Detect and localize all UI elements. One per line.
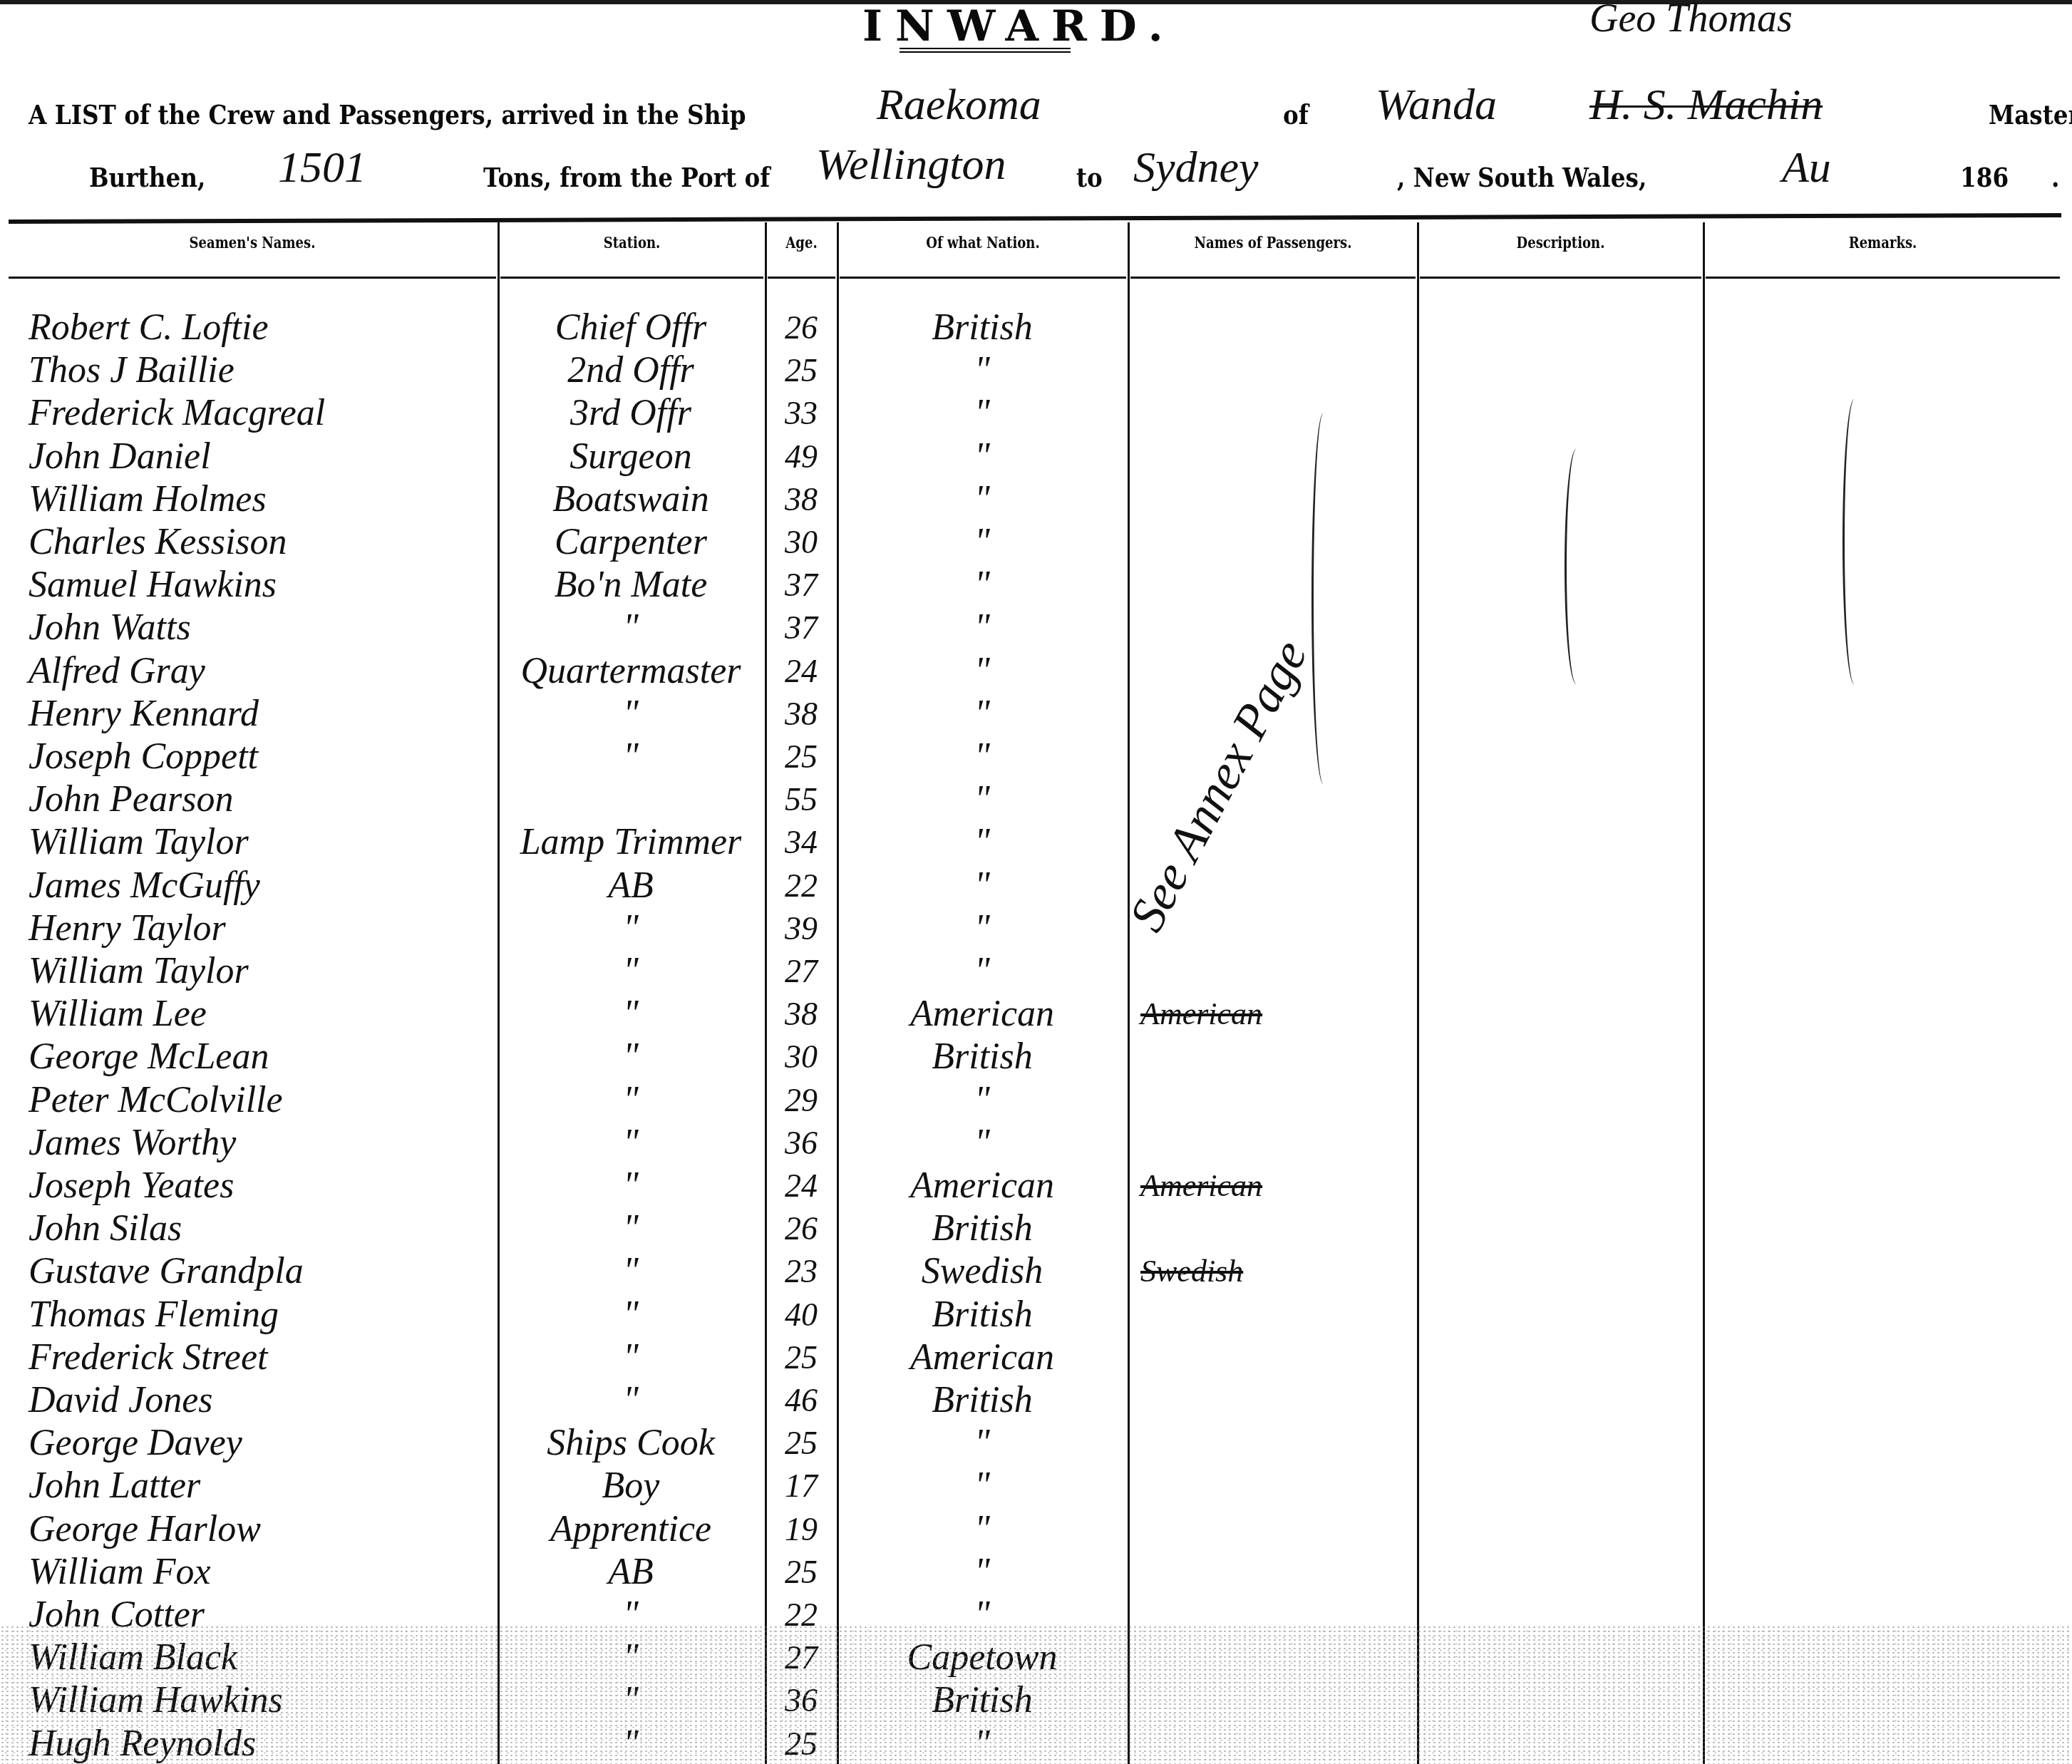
page-wear-texture	[0, 1625, 2072, 1764]
nation-cell: American	[840, 1336, 1125, 1379]
nation-cell: "	[840, 1422, 1125, 1465]
heading-list-prefix: A LIST of the Crew and Passengers, arriv…	[29, 98, 746, 130]
arrival-month: Au	[1782, 143, 1831, 193]
age-cell: 22	[767, 865, 835, 907]
colony-label: , New South Wales,	[1397, 161, 1646, 193]
table-row: William Taylor"27"	[0, 950, 2072, 993]
age-cell: 37	[767, 564, 835, 607]
table-row: David Jones"46British	[0, 1379, 2072, 1422]
column-header-seamens-names: Seamen's Names.	[53, 234, 453, 252]
nation-cell: "	[840, 478, 1125, 521]
nation-cell: "	[840, 521, 1125, 564]
column-header-nation: Of what Nation.	[865, 234, 1101, 252]
age-cell: 29	[767, 1079, 835, 1122]
nation-cell: "	[840, 821, 1125, 864]
nation-cell: "	[840, 564, 1125, 607]
from-port: Wellington	[816, 140, 1006, 190]
nation-cell: "	[840, 693, 1125, 736]
nation-cell: "	[840, 1551, 1125, 1594]
age-cell: 25	[767, 349, 835, 392]
station-cell: Chief Offr	[499, 306, 763, 349]
station-cell: "	[499, 1379, 763, 1422]
column-header-description: Description.	[1445, 234, 1676, 252]
port-of-registry: Wanda	[1376, 80, 1497, 130]
year-suffix: .	[2051, 161, 2059, 193]
seaman-name-cell: James Worthy	[29, 1122, 236, 1165]
seaman-name-cell: John Daniel	[29, 435, 211, 478]
age-cell: 34	[767, 821, 835, 864]
station-cell: "	[499, 1294, 763, 1336]
age-cell: 25	[767, 1336, 835, 1379]
station-cell: Boy	[499, 1465, 763, 1507]
struck-master-name: H. S. Machin	[1589, 80, 1823, 130]
station-cell: "	[499, 1079, 763, 1122]
seaman-name-cell: William Taylor	[29, 821, 249, 864]
age-cell: 26	[767, 1207, 835, 1250]
age-cell: 30	[767, 521, 835, 564]
table-row: Frederick Macgreal3rd Offr33"	[0, 392, 2072, 435]
seaman-name-cell: Gustave Grandpla	[29, 1250, 304, 1293]
age-cell: 17	[767, 1465, 835, 1507]
seaman-name-cell: George McLean	[29, 1036, 269, 1078]
table-row: John Pearson55"	[0, 778, 2072, 821]
seaman-name-cell: William Fox	[29, 1551, 211, 1594]
station-cell: "	[499, 1036, 763, 1078]
nation-cell: "	[840, 607, 1125, 649]
seaman-name-cell: Joseph Coppett	[29, 736, 258, 778]
replacement-master-name: Geo Thomas	[1589, 0, 1793, 41]
age-cell: 36	[767, 1122, 835, 1165]
table-row: Henry Kennard"38"	[0, 693, 2072, 736]
nation-cell: "	[840, 435, 1125, 478]
seaman-name-cell: Frederick Street	[29, 1336, 267, 1379]
seaman-name-cell: John Watts	[29, 607, 191, 649]
nation-cell: British	[840, 1207, 1125, 1250]
age-cell: 38	[767, 693, 835, 736]
nation-cell: American	[840, 993, 1125, 1036]
passenger-column-flourish	[1311, 413, 1335, 784]
seaman-name-cell: Henry Taylor	[29, 907, 226, 950]
station-cell: "	[499, 993, 763, 1036]
table-row: Frederick Street"25American	[0, 1336, 2072, 1379]
table-row: Samuel HawkinsBo'n Mate37"	[0, 564, 2072, 607]
column-header-passengers: Names of Passengers.	[1156, 234, 1390, 252]
seaman-name-cell: Henry Kennard	[29, 693, 259, 736]
to-label: to	[1076, 161, 1103, 193]
table-row: Charles KessisonCarpenter30"	[0, 521, 2072, 564]
table-row: James Worthy"36"	[0, 1122, 2072, 1165]
station-cell: Carpenter	[499, 521, 763, 564]
age-cell: 49	[767, 435, 835, 478]
header-underline-age	[768, 277, 835, 279]
table-row: Joseph Coppett"25"	[0, 736, 2072, 778]
table-row: George DaveyShips Cook25"	[0, 1422, 2072, 1465]
header-underline-passengers	[1130, 277, 1416, 279]
nation-cell: British	[840, 1294, 1125, 1336]
age-cell: 25	[767, 1422, 835, 1465]
station-cell: "	[499, 1250, 763, 1293]
table-row: George HarlowApprentice19"	[0, 1508, 2072, 1551]
nation-cell: British	[840, 306, 1125, 349]
seaman-name-cell: Charles Kessison	[29, 521, 287, 564]
age-cell: 38	[767, 478, 835, 521]
nation-cell: Swedish	[840, 1250, 1125, 1293]
station-cell: Quartermaster	[499, 650, 763, 693]
nation-cell: "	[840, 1122, 1125, 1165]
age-cell: 24	[767, 1165, 835, 1207]
nation-cell: "	[840, 392, 1125, 435]
seaman-name-cell: William Lee	[29, 993, 207, 1036]
seaman-name-cell: John Pearson	[29, 778, 233, 821]
seaman-name-cell: Thomas Fleming	[29, 1294, 279, 1336]
nation-cell: "	[840, 907, 1125, 950]
to-port: Sydney	[1133, 143, 1259, 193]
station-cell: Ships Cook	[499, 1422, 763, 1465]
age-cell: 27	[767, 950, 835, 993]
seaman-name-cell: Robert C. Loftie	[29, 306, 269, 349]
table-row: William Lee"38AmericanAmerican	[0, 993, 2072, 1036]
seaman-name-cell: John Latter	[29, 1465, 200, 1507]
table-row: John Silas"26British	[0, 1207, 2072, 1250]
seaman-name-cell: William Taylor	[29, 950, 249, 993]
nation-cell: "	[840, 736, 1125, 778]
station-cell: "	[499, 907, 763, 950]
age-cell: 25	[767, 1551, 835, 1594]
passenger-name-cell: Swedish	[1140, 1250, 1243, 1293]
station-cell: Lamp Trimmer	[499, 821, 763, 864]
seaman-name-cell: Peter McColville	[29, 1079, 283, 1122]
table-row: Alfred GrayQuartermaster24"	[0, 650, 2072, 693]
age-cell: 25	[767, 736, 835, 778]
station-cell: Apprentice	[499, 1508, 763, 1551]
table-row: Thos J Baillie2nd Offr25"	[0, 349, 2072, 392]
table-row: William TaylorLamp Trimmer34"	[0, 821, 2072, 864]
table-row: Joseph Yeates"24AmericanAmerican	[0, 1165, 2072, 1207]
age-cell: 26	[767, 306, 835, 349]
nation-cell: British	[840, 1036, 1125, 1078]
station-cell: "	[499, 950, 763, 993]
nation-cell: "	[840, 1508, 1125, 1551]
passenger-name-cell: American	[1140, 1165, 1262, 1207]
station-cell: "	[499, 736, 763, 778]
passenger-name-cell: American	[1140, 993, 1262, 1036]
station-cell: Boatswain	[499, 478, 763, 521]
header-underline-names	[9, 277, 496, 279]
master-label: Master,	[1989, 98, 2072, 130]
remarks-column-flourish	[1842, 399, 1866, 684]
station-cell: 2nd Offr	[499, 349, 763, 392]
station-cell: "	[499, 1165, 763, 1207]
age-cell: 46	[767, 1379, 835, 1422]
table-row: Peter McColville"29"	[0, 1079, 2072, 1122]
seaman-name-cell: John Silas	[29, 1207, 182, 1250]
nation-cell: "	[840, 1079, 1125, 1122]
nation-cell: "	[840, 865, 1125, 907]
seaman-name-cell: Frederick Macgreal	[29, 392, 325, 435]
age-cell: 39	[767, 907, 835, 950]
seaman-name-cell: David Jones	[29, 1379, 212, 1422]
nation-cell: "	[840, 950, 1125, 993]
table-row: John LatterBoy17"	[0, 1465, 2072, 1507]
station-cell: "	[499, 693, 763, 736]
age-cell: 30	[767, 1036, 835, 1078]
header-underline-station	[500, 277, 763, 279]
of-label: of	[1283, 98, 1309, 130]
station-cell: "	[499, 607, 763, 649]
table-row: George McLean"30British	[0, 1036, 2072, 1078]
seaman-name-cell: George Davey	[29, 1422, 242, 1465]
table-row: John DanielSurgeon49"	[0, 435, 2072, 478]
column-header-age: Age.	[774, 234, 830, 252]
nation-cell: "	[840, 349, 1125, 392]
nation-cell: "	[840, 650, 1125, 693]
table-row: Henry Taylor"39"	[0, 907, 2072, 950]
age-cell: 38	[767, 993, 835, 1036]
nation-cell: American	[840, 1165, 1125, 1207]
age-cell: 40	[767, 1294, 835, 1336]
nation-cell: "	[840, 778, 1125, 821]
column-header-remarks: Remarks.	[1738, 234, 2029, 252]
station-cell: AB	[499, 1551, 763, 1594]
header-underline-nation	[840, 277, 1126, 279]
table-row: Thomas Fleming"40British	[0, 1294, 2072, 1336]
station-cell: AB	[499, 865, 763, 907]
table-row: William FoxAB25"	[0, 1551, 2072, 1594]
title-underline	[900, 48, 1071, 53]
document-title: INWARD.	[862, 1, 1176, 51]
seaman-name-cell: Joseph Yeates	[29, 1165, 234, 1207]
seaman-name-cell: Alfred Gray	[29, 650, 205, 693]
station-cell: 3rd Offr	[499, 392, 763, 435]
station-cell: "	[499, 1207, 763, 1250]
seaman-name-cell: William Holmes	[29, 478, 267, 521]
seaman-name-cell: Thos J Baillie	[29, 349, 234, 392]
station-cell: "	[499, 1336, 763, 1379]
table-row: James McGuffyAB22"	[0, 865, 2072, 907]
table-row: Gustave Grandpla"23SwedishSwedish	[0, 1250, 2072, 1293]
ship-name: Raekoma	[877, 80, 1041, 130]
table-row: William HolmesBoatswain38"	[0, 478, 2072, 521]
column-header-station: Station.	[524, 234, 740, 252]
seaman-name-cell: George Harlow	[29, 1508, 261, 1551]
tons-value: 1501	[278, 143, 366, 193]
seaman-name-cell: Samuel Hawkins	[29, 564, 277, 607]
seaman-name-cell: James McGuffy	[29, 865, 260, 907]
table-row: John Watts"37"	[0, 607, 2072, 649]
age-cell: 23	[767, 1250, 835, 1293]
header-underline-description	[1420, 277, 1701, 279]
year-prefix: 186	[1960, 161, 2009, 193]
age-cell: 24	[767, 650, 835, 693]
header-underline-remarks	[1706, 277, 2060, 279]
nation-cell: British	[840, 1379, 1125, 1422]
description-column-flourish	[1565, 449, 1588, 684]
station-cell: Bo'n Mate	[499, 564, 763, 607]
header-rule	[9, 213, 2061, 224]
table-row: Robert C. LoftieChief Offr26British	[0, 306, 2072, 349]
age-cell: 33	[767, 392, 835, 435]
age-cell: 37	[767, 607, 835, 649]
station-cell: Surgeon	[499, 435, 763, 478]
station-cell: "	[499, 1122, 763, 1165]
tons-from-port-label: Tons, from the Port of	[483, 161, 770, 193]
age-cell: 19	[767, 1508, 835, 1551]
burthen-label: Burthen,	[89, 161, 205, 193]
age-cell: 55	[767, 778, 835, 821]
nation-cell: "	[840, 1465, 1125, 1507]
